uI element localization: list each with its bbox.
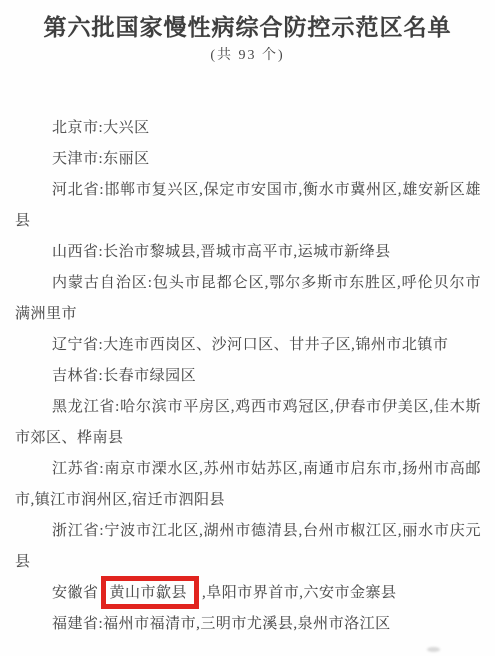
- scanned-document-page: 第六批国家慢性病综合防控示范区名单 (共 93 个) 北京市:大兴区 天津市:东…: [0, 0, 495, 656]
- province-entry-beijing: 北京市:大兴区: [15, 113, 481, 144]
- document-count-subtitle: (共 93 个): [0, 47, 495, 64]
- province-entry-tianjin: 天津市:东丽区: [15, 144, 481, 175]
- red-highlight-box: 黄山市歙县: [110, 585, 188, 601]
- province-entry-shanxi: 山西省:长治市黎城县,晋城市高平市,运城市新绛县: [15, 237, 481, 268]
- province-entry-zhejiang: 浙江省:宁波市江北区,湖州市德清县,台州市椒江区,丽水市庆元县: [15, 516, 481, 578]
- province-entry-jiangsu: 江苏省:南京市溧水区,苏州市姑苏区,南通市启东市,扬州市高邮市,镇江市润州区,宿…: [15, 454, 481, 516]
- province-entry-anhui: 安徽省黄山市歙县,阜阳市界首市,六安市金寨县: [15, 578, 481, 609]
- province-entry-hebei: 河北省:邯郸市复兴区,保定市安国市,衡水市冀州区,雄安新区雄县: [15, 175, 481, 237]
- province-entry-jilin: 吉林省:长春市绿园区: [15, 361, 481, 392]
- anhui-suffix: ,阜阳市界首市,六安市金寨县: [202, 585, 397, 601]
- anhui-prefix: 安徽省: [52, 585, 99, 601]
- document-title: 第六批国家慢性病综合防控示范区名单: [6, 14, 489, 41]
- province-entry-liaoning: 辽宁省:大连市西岗区、沙河口区、甘井子区,锦州市北镇市: [15, 330, 481, 361]
- highlighted-region-shexian: 黄山市歙县: [110, 585, 188, 601]
- province-entry-fujian: 福建省:福州市福清市,三明市尤溪县,泉州市洛江区: [15, 609, 481, 640]
- province-list: 北京市:大兴区 天津市:东丽区 河北省:邯郸市复兴区,保定市安国市,衡水市冀州区…: [0, 113, 495, 640]
- province-entry-heilongjiang: 黑龙江省:哈尔滨市平房区,鸡西市鸡冠区,伊春市伊美区,佳木斯市郊区、桦南县: [15, 392, 481, 454]
- province-entry-neimenggu: 内蒙古自治区:包头市昆都仑区,鄂尔多斯市东胜区,呼伦贝尔市满洲里市: [15, 268, 481, 330]
- scan-smudge-artifact: [427, 647, 440, 652]
